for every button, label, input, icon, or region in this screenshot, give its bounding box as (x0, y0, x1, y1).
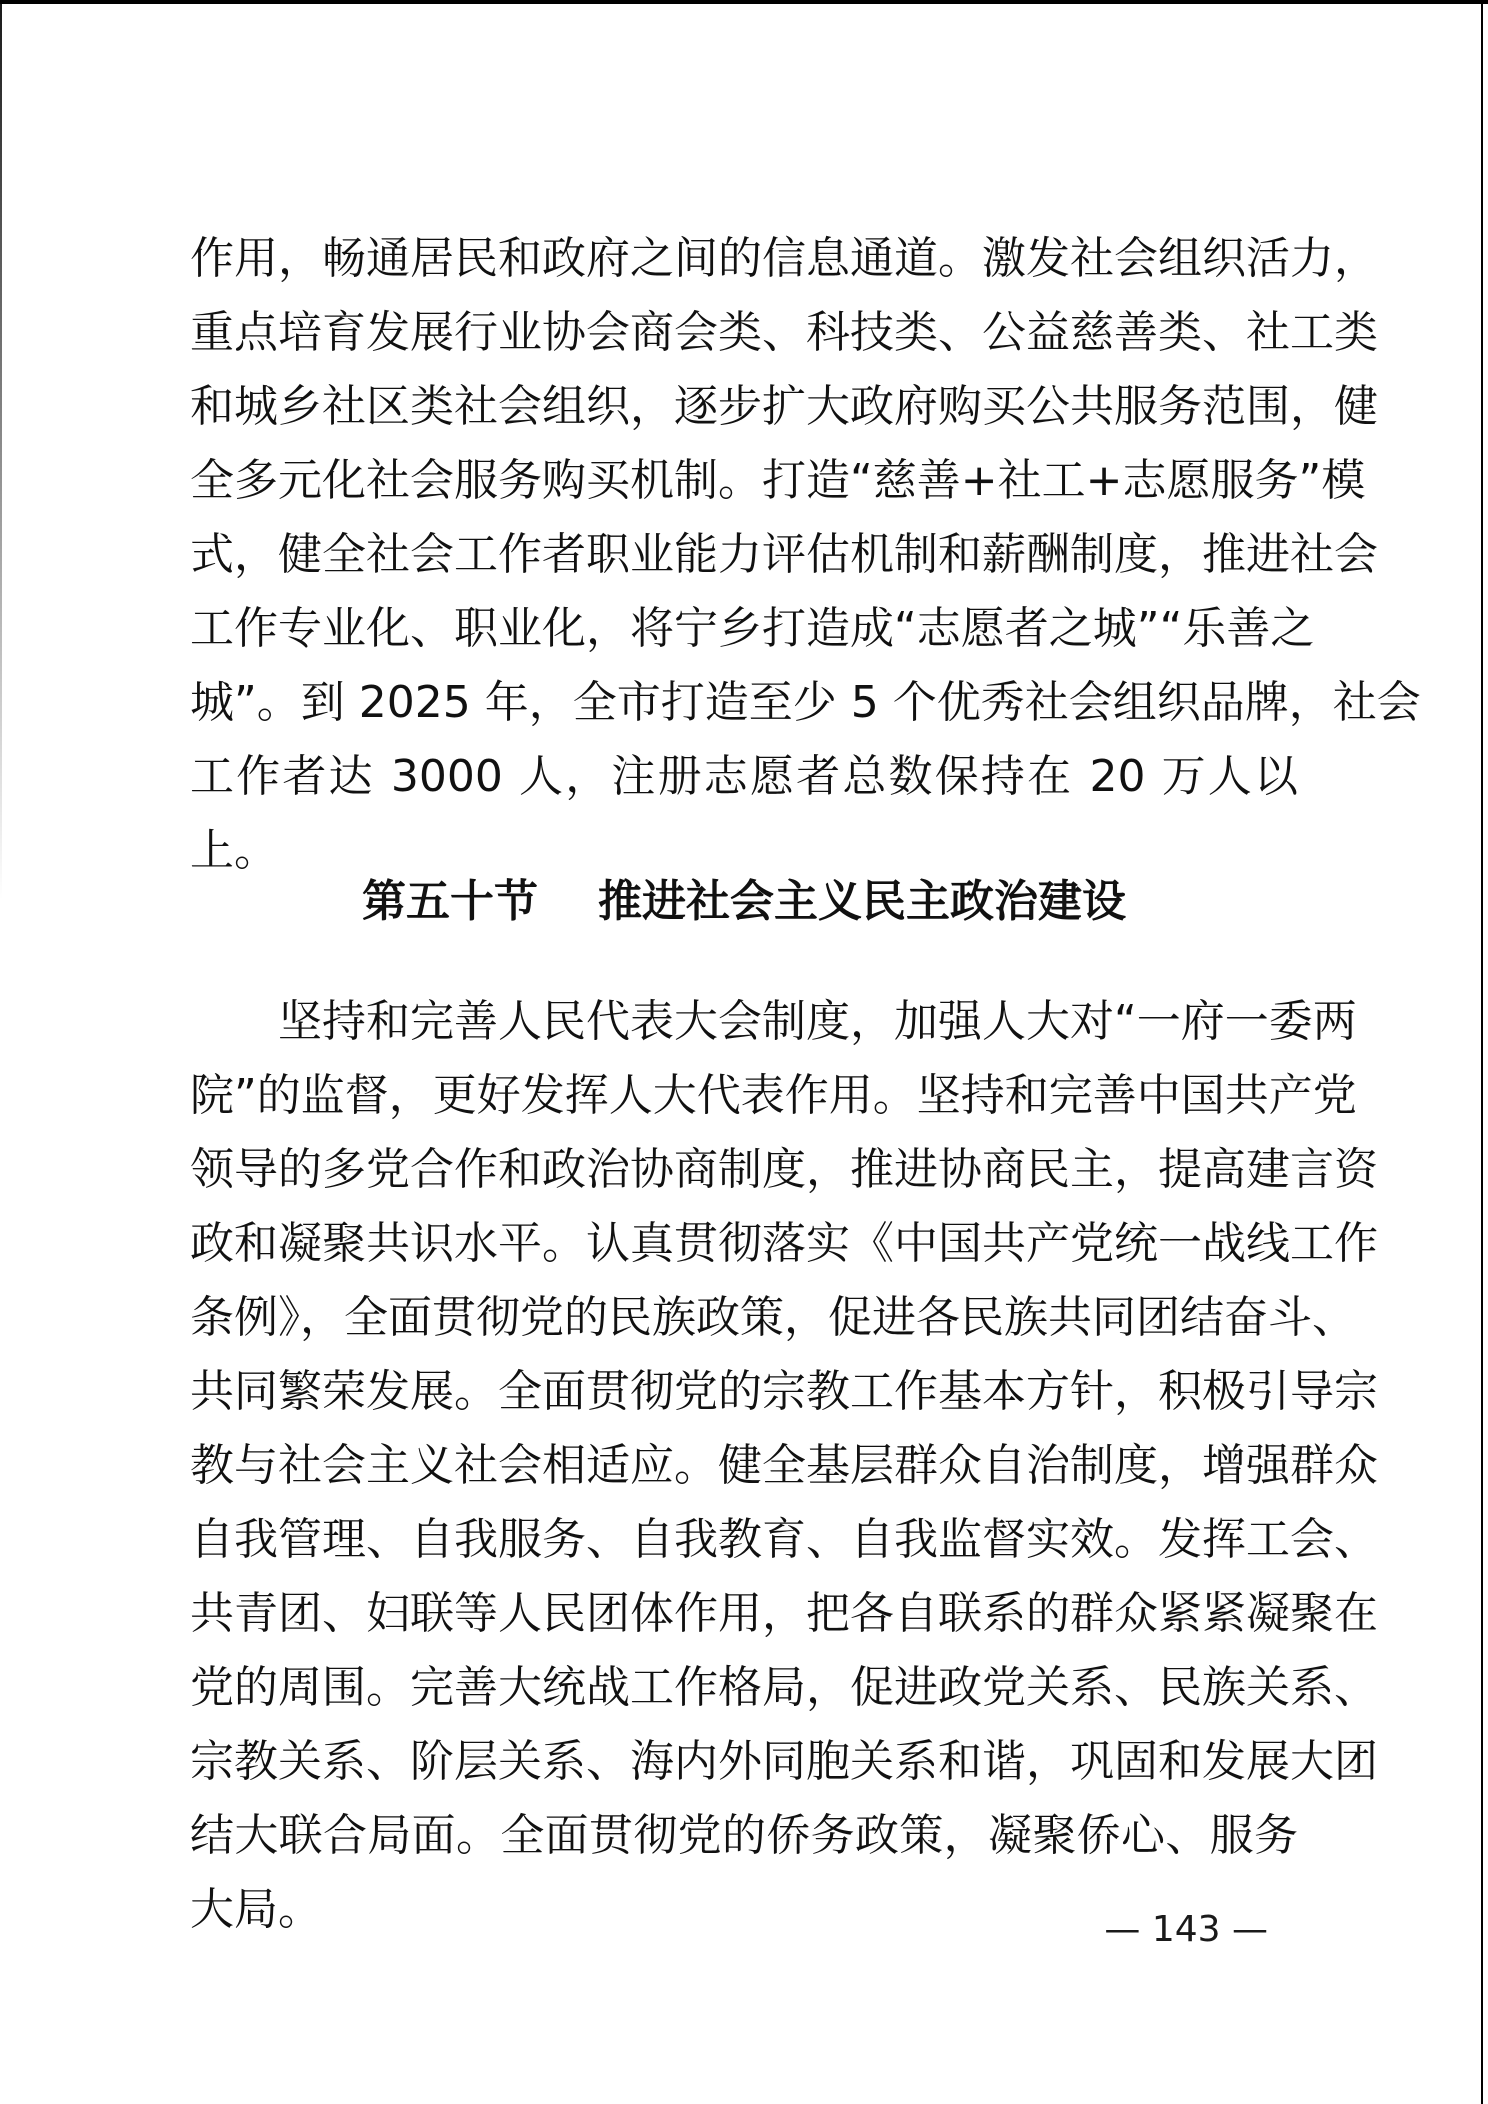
paragraph-line: 自我管理、自我服务、自我教育、自我监督实效。发挥工会、 (190, 1503, 1298, 1577)
section-title: 推进社会主义民主政治建设 (598, 876, 1126, 927)
document-page: { "page": { "paragraph1_lines": [ "作用，畅通… (0, 0, 1488, 2104)
paragraph-line: 宗教关系、阶层关系、海内外同胞关系和谐，巩固和发展大团 (190, 1725, 1298, 1799)
paragraph-line: 领导的多党合作和政治协商制度，推进协商民主，提高建言资 (190, 1133, 1298, 1207)
text-block: 作用，畅通居民和政府之间的信息通道。激发社会组织活力， 重点培育发展行业协会商会… (190, 222, 1298, 1873)
section-number: 第五十节 (362, 876, 538, 927)
paragraph-line: 坚持和完善人民代表大会制度，加强人大对“一府一委两 (190, 985, 1298, 1059)
paragraph-line: 重点培育发展行业协会商会类、科技类、公益慈善类、社工类 (190, 296, 1298, 370)
scan-border-top (0, 0, 1488, 4)
paragraph-line: 结大联合局面。全面贯彻党的侨务政策，凝聚侨心、服务大局。 (190, 1799, 1298, 1873)
paragraph-line: 工作专业化、职业化，将宁乡打造成“志愿者之城”“乐善之 (190, 592, 1298, 666)
section-heading: 第五十节推进社会主义民主政治建设 (190, 865, 1298, 939)
paragraph-line: 城”。到 2025 年，全市打造至少 5 个优秀社会组织品牌，社会 (190, 666, 1298, 740)
paragraph-line: 和城乡社区类社会组织，逐步扩大政府购买公共服务范围，健 (190, 370, 1298, 444)
paragraph-line: 条例》，全面贯彻党的民族政策，促进各民族共同团结奋斗、 (190, 1281, 1298, 1355)
page-number: — 143 — (1104, 1908, 1268, 1952)
paragraph-line: 党的周围。完善大统战工作格局，促进政党关系、民族关系、 (190, 1651, 1298, 1725)
scan-border-left (0, 0, 2, 900)
paragraph-line: 教与社会主义社会相适应。健全基层群众自治制度，增强群众 (190, 1429, 1298, 1503)
paragraph-line: 式，健全社会工作者职业能力评估机制和薪酬制度，推进社会 (190, 518, 1298, 592)
paragraph-line: 工作者达 3000 人，注册志愿者总数保持在 20 万人以上。 (190, 740, 1298, 814)
paragraph-line: 共青团、妇联等人民团体作用，把各自联系的群众紧紧凝聚在 (190, 1577, 1298, 1651)
paragraph-line: 全多元化社会服务购买机制。打造“慈善+社工+志愿服务”模 (190, 444, 1298, 518)
scan-border-right (1481, 0, 1483, 2104)
paragraph-line: 院”的监督，更好发挥人大代表作用。坚持和完善中国共产党 (190, 1059, 1298, 1133)
paragraph-line: 作用，畅通居民和政府之间的信息通道。激发社会组织活力， (190, 222, 1298, 296)
paragraph-line: 共同繁荣发展。全面贯彻党的宗教工作基本方针，积极引导宗 (190, 1355, 1298, 1429)
paragraph-line: 政和凝聚共识水平。认真贯彻落实《中国共产党统一战线工作 (190, 1207, 1298, 1281)
